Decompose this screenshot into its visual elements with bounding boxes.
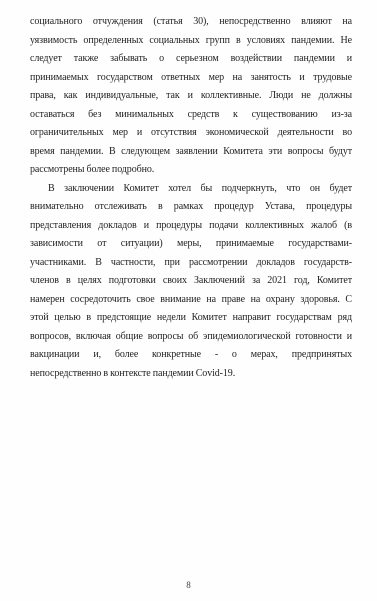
text-line: этой целью в предстоящие недели Комитет … [30,309,352,328]
text-line: оставаться без минимальных средств к сущ… [30,106,352,125]
body-text: социального отчуждения (статья 30), непо… [30,13,352,383]
text-line: В заключении Комитет хотел бы подчеркнут… [30,180,352,199]
text-line: зависимости от ситуации) меры, принимаем… [30,235,352,254]
document-page: социального отчуждения (статья 30), непо… [0,0,377,601]
text-line: членов в целях подготовки своих Заключен… [30,272,352,291]
paragraph-conclusion: В заключении Комитет хотел бы подчеркнут… [30,180,352,384]
text-line: намерен сосредоточить свое внимание на п… [30,291,352,310]
paragraph-continuation: социального отчуждения (статья 30), непо… [30,13,352,180]
text-line: права, как индивидуальные, так и коллект… [30,87,352,106]
text-line: следует также забывать о серьезном возде… [30,50,352,69]
text-line: внимательно отслеживать в рамках процеду… [30,198,352,217]
page-number: 8 [0,580,377,591]
text-line: вопросов, включая общие вопросы об эпиде… [30,328,352,347]
text-line: принимаемых государством ответных мер на… [30,69,352,88]
text-line: время пандемии. В следующем заявлении Ко… [30,143,352,162]
text-line: социального отчуждения (статья 30), непо… [30,13,352,32]
text-line: участниками. В частности, при рассмотрен… [30,254,352,273]
text-line: непосредственно в контексте пандемии Cov… [30,365,352,384]
text-line: уязвимость определенных социальных групп… [30,32,352,51]
text-line: представления докладов и процедуры подач… [30,217,352,236]
text-line: рассмотрены более подробно. [30,161,352,180]
text-line: ограничительных мер и отсутствия экономи… [30,124,352,143]
text-line: вакцинации и, более конкретные - о мерах… [30,346,352,365]
